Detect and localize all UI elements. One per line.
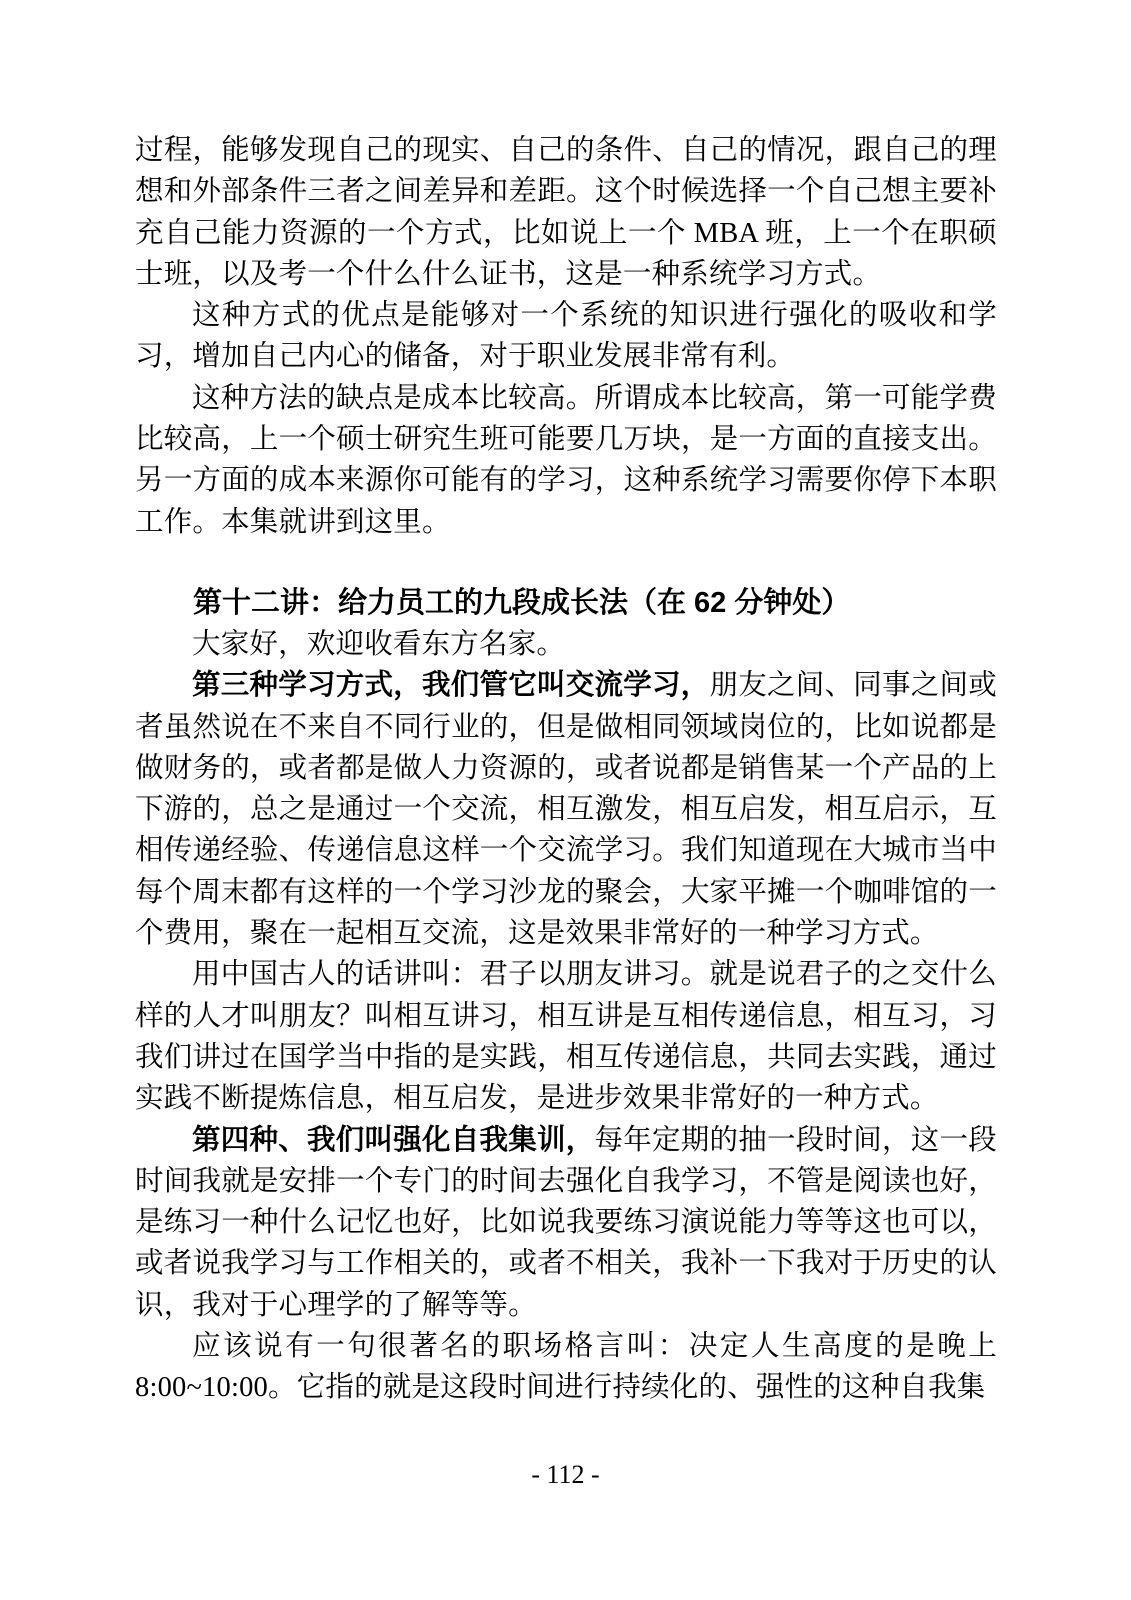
document-content: 过程，能够发现自己的现实、自己的条件、自己的情况，跟自己的理想和外部条件三者之间… [135, 130, 997, 1409]
section-heading: 第十二讲：给力员工的九段成长法（在 62 分钟处） [135, 582, 997, 624]
paragraph: 用中国古人的话讲叫：君子以朋友讲习。就是说君子的之交什么样的人才叫朋友？叫相互讲… [135, 954, 997, 1119]
page-footer: - 112 - [0, 1458, 1131, 1492]
paragraph: 这种方法的缺点是成本比较高。所谓成本比较高，第一可能学费比较高，上一个硕士研究生… [135, 378, 997, 543]
page-number: - 112 - [531, 1460, 599, 1489]
paragraph: 应该说有一句很著名的职场格言叫：决定人生高度的是晚上8:00~10:00。它指的… [135, 1326, 997, 1409]
paragraph-third-method: 第三种学习方式，我们管它叫交流学习，朋友之间、同事之间或者虽然说在不来自不同行业… [135, 665, 997, 954]
paragraph-lead-bold: 第三种学习方式，我们管它叫交流学习， [192, 669, 710, 701]
paragraph-fourth-method: 第四种、我们叫强化自我集训，每年定期的抽一段时间，这一段时间我就是安排一个专门的… [135, 1120, 997, 1326]
paragraph: 这种方式的优点是能够对一个系统的知识进行强化的吸收和学习，增加自己内心的储备，对… [135, 295, 997, 378]
paragraph-continuation: 过程，能够发现自己的现实、自己的条件、自己的情况，跟自己的理想和外部条件三者之间… [135, 130, 997, 295]
paragraph-greeting: 大家好，欢迎收看东方名家。 [135, 624, 997, 665]
paragraph-lead-bold: 第四种、我们叫强化自我集训， [192, 1124, 595, 1156]
paragraph-text: 朋友之间、同事之间或者虽然说在不来自不同行业的，但是做相同领域岗位的，比如说都是… [135, 670, 997, 949]
document-page: 过程，能够发现自己的现实、自己的条件、自己的情况，跟自己的理想和外部条件三者之间… [0, 0, 1131, 1600]
